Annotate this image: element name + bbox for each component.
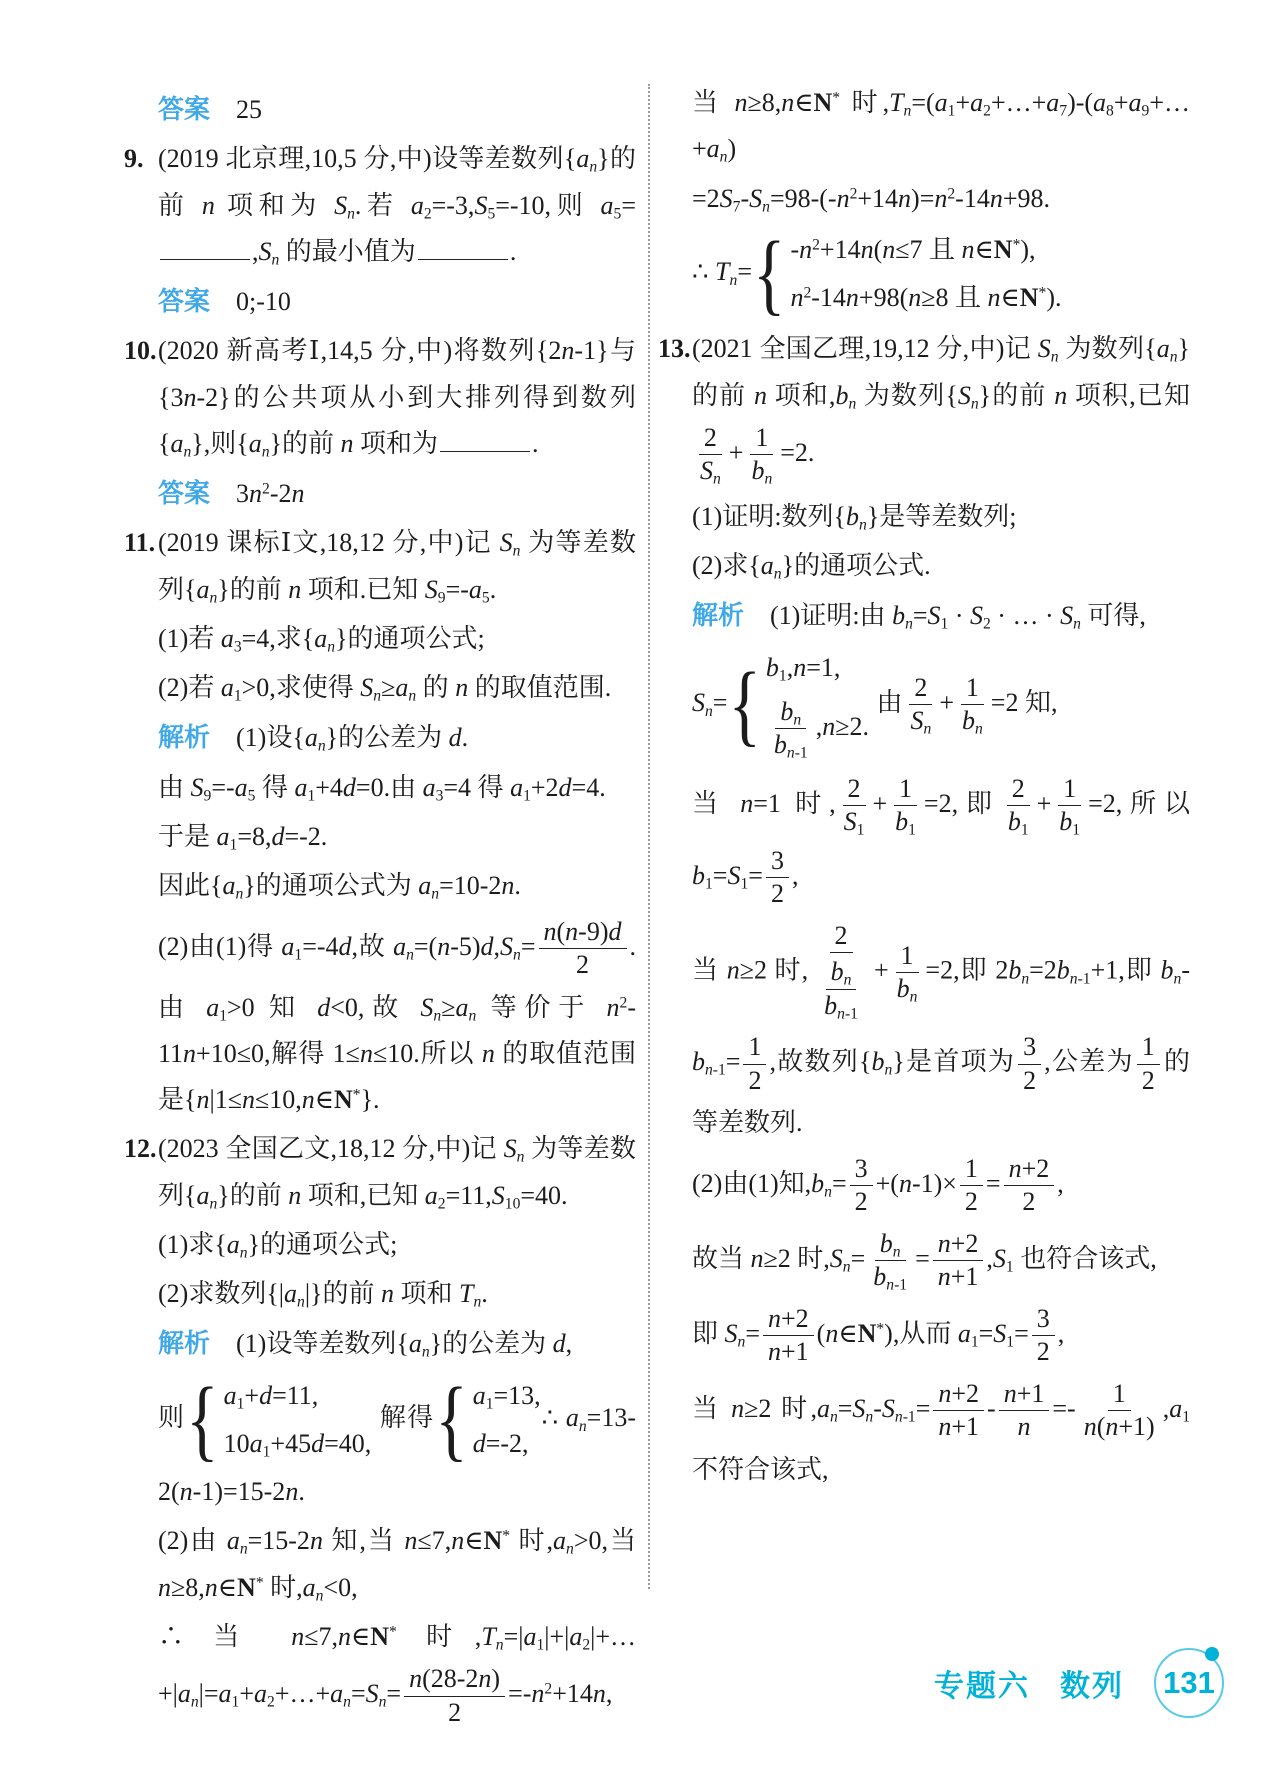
text-paragraph: (1)证明:数列{bn}是等差数列;	[692, 494, 1190, 540]
problem-number: 12.	[124, 1126, 157, 1172]
brace-icon: {	[435, 1374, 467, 1465]
fraction: 1bn	[892, 940, 923, 1006]
text-paragraph: 当 n≥2 时,an=Sn-Sn-1=n+2n+1-n+1n=-1n(n+1),…	[692, 1375, 1190, 1493]
page-number: 131	[1163, 1665, 1215, 1701]
page-footer: 专题六 数列 131	[934, 1648, 1224, 1718]
footer-topic: 专题六	[934, 1661, 1030, 1705]
right-column: 当 n≥8,n∈N* 时,Tn=(a1+a2+…+a7)-(a8+a9+…+an…	[692, 80, 1190, 1496]
text-paragraph: 即 Sn=n+2n+1(n∈N*),从而 a1=S1=32,	[692, 1300, 1190, 1372]
problem-number: 9.	[124, 136, 144, 182]
brace-icon: {	[728, 659, 760, 750]
fraction: bnbn-1	[769, 696, 813, 762]
brace-icon: {	[186, 1374, 218, 1465]
solution-paragraph: 解析(1)证明:由 bn=S1 · S2 · … · Sn 可得,	[692, 592, 1190, 639]
fraction: n(n-9)d2	[539, 916, 627, 982]
fraction: bnbn-1	[819, 956, 863, 1022]
fraction: 1bn	[746, 422, 777, 488]
cases-expression: {-n2+14n(n≤7 且 n∈N*),n2-14n+98(n≥8 且 n∈N…	[753, 227, 1062, 322]
answer-blank	[440, 425, 530, 452]
column-divider	[648, 84, 650, 1589]
fraction: 12	[1137, 1031, 1160, 1097]
text-paragraph: =2S7-Sn=98-(-n2+14n)=n2-14n+98.	[692, 176, 1190, 222]
fraction: 32	[850, 1153, 873, 1219]
answer-line: 答案25	[158, 86, 636, 133]
answer-line: 答案0;-10	[158, 278, 636, 325]
brace-icon: {	[753, 228, 785, 319]
fraction: 2bnbn-1	[811, 920, 871, 1026]
problem-item: 9.(2019 北京理,10,5 分,中)设等差数列{an}的前 n 项和为 S…	[158, 136, 636, 275]
fraction: 2S1	[839, 773, 870, 839]
fraction: n+2n+1	[763, 1303, 814, 1369]
answer-label: 答案	[158, 286, 210, 316]
fraction: n+1n	[999, 1378, 1050, 1444]
fraction: 32	[1032, 1303, 1055, 1369]
fraction: 12	[743, 1031, 766, 1097]
text-paragraph: 于是 a1=8,d=-2.	[158, 814, 636, 860]
problem-item: 10.(2020 新高考Ⅰ,14,5 分,中)将数列{2n-1}与{3n-2}的…	[158, 328, 636, 467]
solution-label: 解析	[158, 722, 210, 752]
text-paragraph: 由 S9=-a5 得 a1+4d=0.由 a3=4 得 a1+2d=4.	[158, 765, 636, 811]
answer-blank	[160, 233, 250, 260]
text-paragraph: (1)求{an}的通项公式;	[158, 1222, 636, 1268]
text-paragraph: (2)由 an=15-2n 知,当 n≤7,n∈N* 时,an>0,当 n≥8,…	[158, 1518, 636, 1611]
fraction: 1bn	[957, 672, 988, 738]
text-paragraph: ∴ Tn={-n2+14n(n≤7 且 n∈N*),n2-14n+98(n≥8 …	[692, 225, 1190, 324]
text-paragraph: ∴ 当 n≤7,n∈N* 时,Tn=|a1|+|a2|+…+|an|=a1+a2…	[158, 1614, 636, 1732]
answer-label: 答案	[158, 94, 210, 124]
text-paragraph: (2)求数列{|an|}的前 n 项和 Tn.	[158, 1271, 636, 1317]
fraction: n+22	[1004, 1153, 1055, 1219]
fraction: n+2n+1	[933, 1228, 984, 1294]
problem-item: 12.(2023 全国乙文,18,12 分,中)记 Sn 为等差数列{an}的前…	[158, 1126, 636, 1219]
fraction: 1b1	[890, 773, 921, 839]
fraction: 32	[766, 845, 789, 911]
fraction: 32	[1018, 1031, 1041, 1097]
badge-dot	[1205, 1647, 1219, 1661]
text-paragraph: (1)若 a3=4,求{an}的通项公式;	[158, 616, 636, 662]
text-paragraph: (2)求{an}的通项公式.	[692, 543, 1190, 589]
left-column: 答案259.(2019 北京理,10,5 分,中)设等差数列{an}的前 n 项…	[158, 86, 636, 1735]
cases-expression: {a1=13,d=-2,	[435, 1373, 540, 1468]
text-paragraph: 则{a1+d=11,10a1+45d=40, 解得{a1=13,d=-2,∴ a…	[158, 1371, 636, 1516]
text-paragraph: 当 n=1 时,2S1+1b1=2,即2b1+1b1=2,所以 b1=S1=32…	[692, 770, 1190, 914]
fraction: 2b1	[1003, 773, 1034, 839]
solution-paragraph: 解析(1)设等差数列{an}的公差为 d,	[158, 1320, 636, 1367]
solution-paragraph: 解析(1)设{an}的公差为 d.	[158, 714, 636, 761]
problem-number: 10.	[124, 328, 157, 374]
workbook-page: { "labels": { "answer": "答案", "solution"…	[0, 0, 1276, 1790]
problem-item: 13.(2021 全国乙理,19,12 分,中)记 Sn 为数列{an}的前 n…	[692, 326, 1190, 491]
fraction: 2Sn	[695, 422, 726, 488]
text-paragraph: Sn={b1,n=1,bnbn-1,n≥2. 由2Sn+1bn=2 知,	[692, 643, 1190, 767]
problem-item: 11.(2019 课标Ⅰ文,18,12 分,中)记 Sn 为等差数列{an}的前…	[158, 520, 636, 613]
problem-number: 11.	[124, 520, 155, 566]
solution-label: 解析	[692, 600, 744, 630]
text-paragraph: (2)由(1)得 a1=-4d,故 an=(n-5)d,Sn=n(n-9)d2.…	[158, 913, 636, 1124]
cases-expression: {b1,n=1,bnbn-1,n≥2.	[728, 645, 869, 765]
fraction: 12	[960, 1153, 983, 1219]
fraction: n+2n+1	[933, 1378, 984, 1444]
text-paragraph: 因此{an}的通项公式为 an=10-2n.	[158, 863, 636, 909]
text-paragraph: (2)若 a1>0,求使得 Sn≥an 的 n 的取值范围.	[158, 665, 636, 711]
text-paragraph: (2)由(1)知,bn=32+(n-1)×12=n+22,	[692, 1150, 1190, 1222]
answer-label: 答案	[158, 478, 210, 508]
footer-subject: 数列	[1060, 1661, 1124, 1705]
page-number-badge: 131	[1154, 1648, 1224, 1718]
answer-line: 答案3n2-2n	[158, 470, 636, 517]
fraction: 1n(n+1)	[1079, 1378, 1160, 1444]
fraction: n(28-2n)2	[404, 1663, 505, 1729]
solution-label: 解析	[158, 1328, 210, 1358]
fraction: 2Sn	[906, 672, 937, 738]
text-paragraph: 当 n≥2 时,2bnbn-1+1bn=2,即 2bn=2bn-1+1,即 bn…	[692, 917, 1190, 1147]
text-paragraph: 故当 n≥2 时,Sn=bnbn-1=n+2n+1,S1 也符合该式,	[692, 1225, 1190, 1297]
fraction: bnbn-1	[868, 1228, 912, 1294]
problem-number: 13.	[658, 326, 691, 372]
cases-expression: {a1+d=11,10a1+45d=40,	[186, 1373, 371, 1468]
answer-blank	[418, 233, 508, 260]
fraction: 1b1	[1054, 773, 1085, 839]
text-paragraph: 当 n≥8,n∈N* 时,Tn=(a1+a2+…+a7)-(a8+a9+…+an…	[692, 80, 1190, 173]
